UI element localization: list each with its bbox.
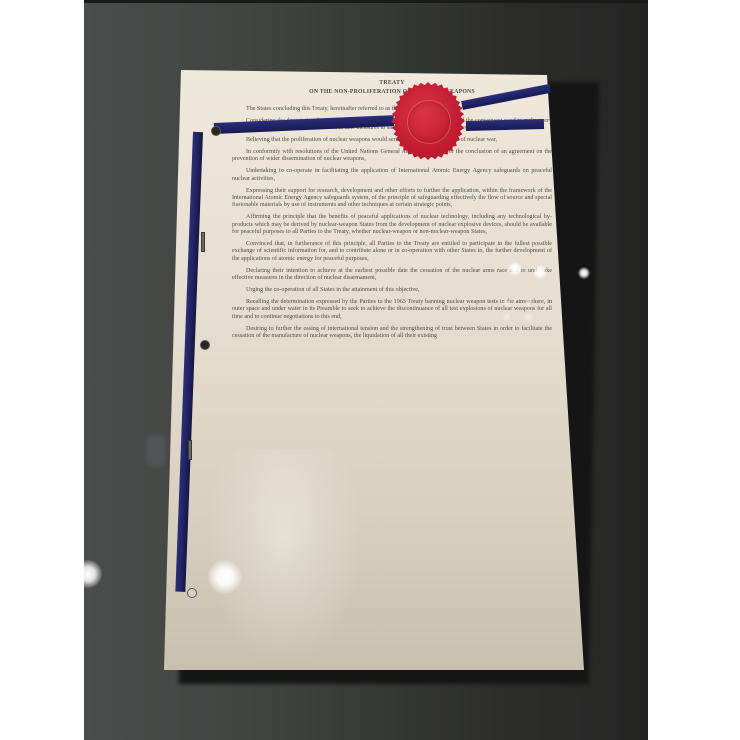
binding-eyelet-bottom	[187, 588, 197, 598]
treaty-title: TREATY	[232, 80, 552, 87]
preamble-paragraph: The States concluding this Treaty, herei…	[232, 106, 552, 113]
preamble-paragraph: Undertaking to co-operate in facilitatin…	[232, 168, 552, 183]
preamble-paragraph: Affirming the principle that the benefit…	[232, 214, 552, 236]
light-reflection	[578, 267, 590, 279]
preamble-paragraph: Convinced that, in furtherance of this p…	[232, 241, 552, 263]
ribbon-end-lower	[466, 119, 544, 131]
seal-emboss	[407, 100, 451, 144]
staple-upper	[201, 232, 205, 252]
binding-eyelet-top	[211, 126, 221, 136]
preamble-paragraph: Believing that the proliferation of nucl…	[232, 137, 552, 144]
light-reflection	[524, 312, 534, 322]
light-reflection	[502, 312, 512, 322]
preamble-paragraph: Declaring their intention to achieve at …	[232, 268, 552, 283]
preamble-paragraph: In conformity with resolutions of the Un…	[232, 149, 552, 164]
light-reflection	[502, 298, 512, 308]
light-reflection	[524, 298, 534, 308]
light-reflection	[533, 265, 547, 279]
light-reflection	[84, 560, 102, 588]
light-reflection	[508, 262, 522, 276]
light-reflection	[208, 560, 242, 594]
glass-reflection	[146, 435, 166, 467]
staple-lower	[188, 440, 192, 460]
photo: TREATY ON THE NON-PROLIFERATION OF NUCLE…	[84, 0, 648, 740]
preamble-paragraph: Desiring to further the easing of intern…	[232, 326, 552, 341]
preamble-paragraph: Urging the co-operation of all States in…	[232, 287, 552, 294]
preamble-paragraph: Expressing their support for research, d…	[232, 188, 552, 210]
binding-eyelet-middle	[200, 340, 210, 350]
